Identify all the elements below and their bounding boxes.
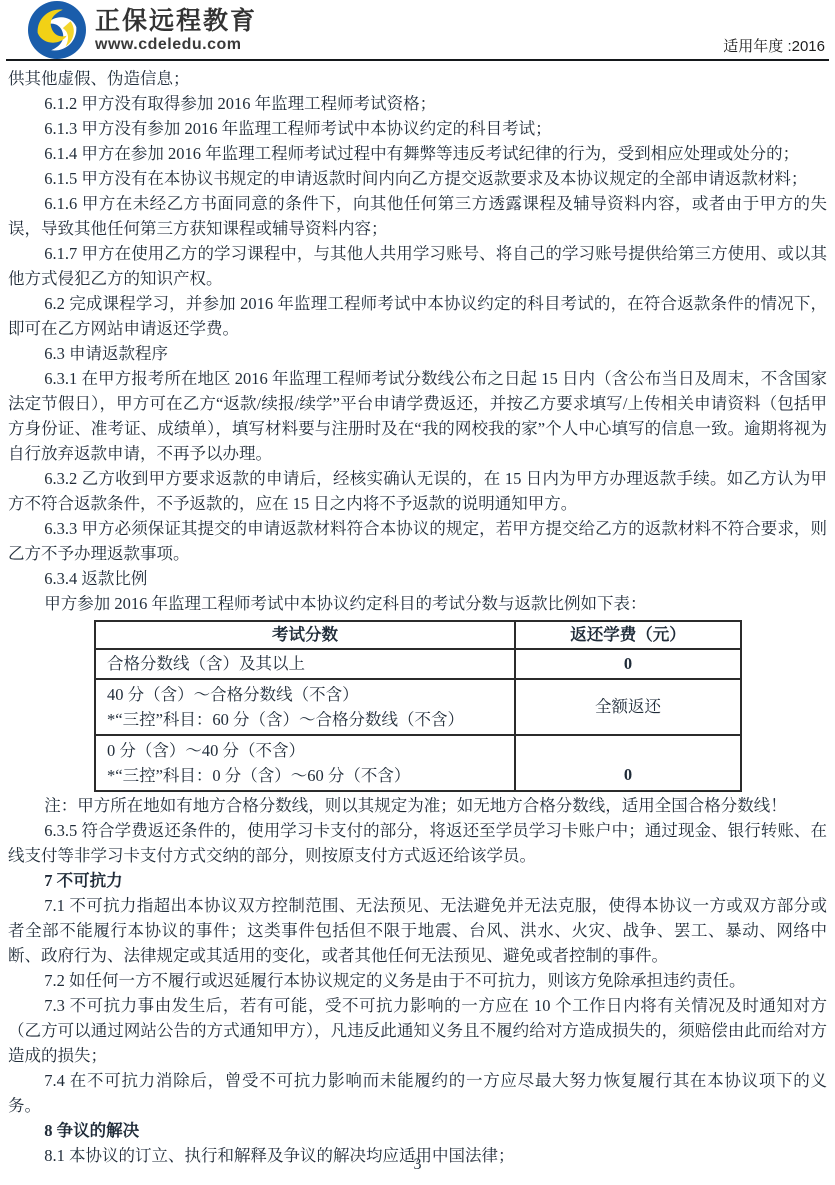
refund-table-header-refund: 返还学费（元） — [515, 621, 741, 649]
refund-table: 考试分数 返还学费（元） 合格分数线（含）及其以上 0 40 分（含）～合格分数… — [94, 620, 742, 792]
section-7-heading: 7 不可抗力 — [8, 868, 827, 893]
refund-table-header-score: 考试分数 — [95, 621, 515, 649]
score-range-cell: 合格分数线（含）及其以上 — [95, 649, 515, 679]
clause-6-3-2: 6.3.2 乙方收到甲方要求返款的申请后，经核实确认无误的，在 15 日内为甲方… — [8, 466, 827, 516]
clause-6-3: 6.3 申请返款程序 — [8, 341, 827, 366]
applicable-year-label: 适用年度 :2016 — [723, 35, 825, 59]
clause-7-3: 7.3 不可抗力事由发生后，若有可能，受不可抗力影响的一方应在 10 个工作日内… — [8, 993, 827, 1068]
clause-6-1-5: 6.1.5 甲方没有在本协议书规定的申请返款时间内向乙方提交返款要求及本协议规定… — [8, 166, 827, 191]
brand-url: www.cdeledu.com — [95, 35, 257, 54]
refund-amount-cell: 全额返还 — [515, 679, 741, 735]
contract-page: 正保远程教育 www.cdeledu.com 适用年度 :2016 供其他虚假、… — [0, 0, 835, 1185]
cdel-logo-icon — [28, 1, 86, 59]
table-note: 注：甲方所在地如有地方合格分数线，则以其规定为准；如无地方合格分数线，适用全国合… — [8, 793, 827, 818]
score-range-cell: 0 分（含）～40 分（不含） *“三控”科目：0 分（含）～60 分（不含） — [95, 735, 515, 791]
refund-amount-cell: 0 — [515, 735, 741, 791]
clause-6-2: 6.2 完成课程学习，并参加 2016 年监理工程师考试中本协议约定的科目考试的… — [8, 291, 827, 341]
score-range-line: 40 分（含）～合格分数线（不含） — [107, 682, 508, 707]
clause-6-1-6: 6.1.6 甲方在未经乙方书面同意的条件下，向其他任何第三方透露课程及辅导资料内… — [8, 191, 827, 241]
clause-7-1: 7.1 不可抗力指超出本协议双方控制范围、无法预见、无法避免并无法克服，使得本协… — [8, 893, 827, 968]
clause-6-1-4: 6.1.4 甲方在参加 2016 年监理工程师考试过程中有舞弊等违反考试纪律的行… — [8, 141, 827, 166]
clause-6-3-4: 6.3.4 返款比例 — [8, 566, 827, 591]
letterhead: 正保远程教育 www.cdeledu.com 适用年度 :2016 — [0, 0, 835, 59]
clause-6-3-3: 6.3.3 甲方必须保证其提交的申请返款材料符合本协议的规定，若甲方提交给乙方的… — [8, 516, 827, 566]
table-row: 0 分（含）～40 分（不含） *“三控”科目：0 分（含）～60 分（不含） … — [95, 735, 741, 791]
brand: 正保远程教育 www.cdeledu.com — [28, 1, 257, 59]
score-range-line: 0 分（含）～40 分（不含） — [107, 738, 508, 763]
clause-6-3-5: 6.3.5 符合学费返还条件的，使用学习卡支付的部分，将返还至学员学习卡账户中；… — [8, 818, 827, 868]
brand-text: 正保远程教育 www.cdeledu.com — [95, 7, 257, 54]
brand-name: 正保远程教育 — [95, 7, 257, 35]
score-range-line: *“三控”科目：0 分（含）～60 分（不含） — [107, 763, 508, 788]
score-range-cell: 40 分（含）～合格分数线（不含） *“三控”科目：60 分（含）～合格分数线（… — [95, 679, 515, 735]
clause-6-1-7: 6.1.7 甲方在使用乙方的学习课程中，与其他人共用学习账号、将自己的学习账号提… — [8, 241, 827, 291]
clause-6-1-3: 6.1.3 甲方没有参加 2016 年监理工程师考试中本协议约定的科目考试； — [8, 116, 827, 141]
contract-body: 供其他虚假、伪造信息； 6.1.2 甲方没有取得参加 2016 年监理工程师考试… — [0, 61, 835, 1168]
page-number: 3 — [0, 1156, 835, 1174]
refund-table-header-row: 考试分数 返还学费（元） — [95, 621, 741, 649]
clause-6-3-1: 6.3.1 在甲方报考所在地区 2016 年监理工程师考试分数线公布之日起 15… — [8, 366, 827, 466]
clause-6-1-2: 6.1.2 甲方没有取得参加 2016 年监理工程师考试资格； — [8, 91, 827, 116]
clause-continuation: 供其他虚假、伪造信息； — [8, 66, 827, 91]
score-range-line: *“三控”科目：60 分（含）～合格分数线（不含） — [107, 707, 508, 732]
clause-7-2: 7.2 如任何一方不履行或迟延履行本协议规定的义务是由于不可抗力，则该方免除承担… — [8, 968, 827, 993]
table-intro: 甲方参加 2016 年监理工程师考试中本协议约定科目的考试分数与返款比例如下表： — [8, 591, 827, 616]
section-8-heading: 8 争议的解决 — [8, 1118, 827, 1143]
refund-amount-cell: 0 — [515, 649, 741, 679]
clause-7-4: 7.4 在不可抗力消除后，曾受不可抗力影响而未能履约的一方应尽最大努力恢复履行其… — [8, 1068, 827, 1118]
table-row: 40 分（含）～合格分数线（不含） *“三控”科目：60 分（含）～合格分数线（… — [95, 679, 741, 735]
table-row: 合格分数线（含）及其以上 0 — [95, 649, 741, 679]
